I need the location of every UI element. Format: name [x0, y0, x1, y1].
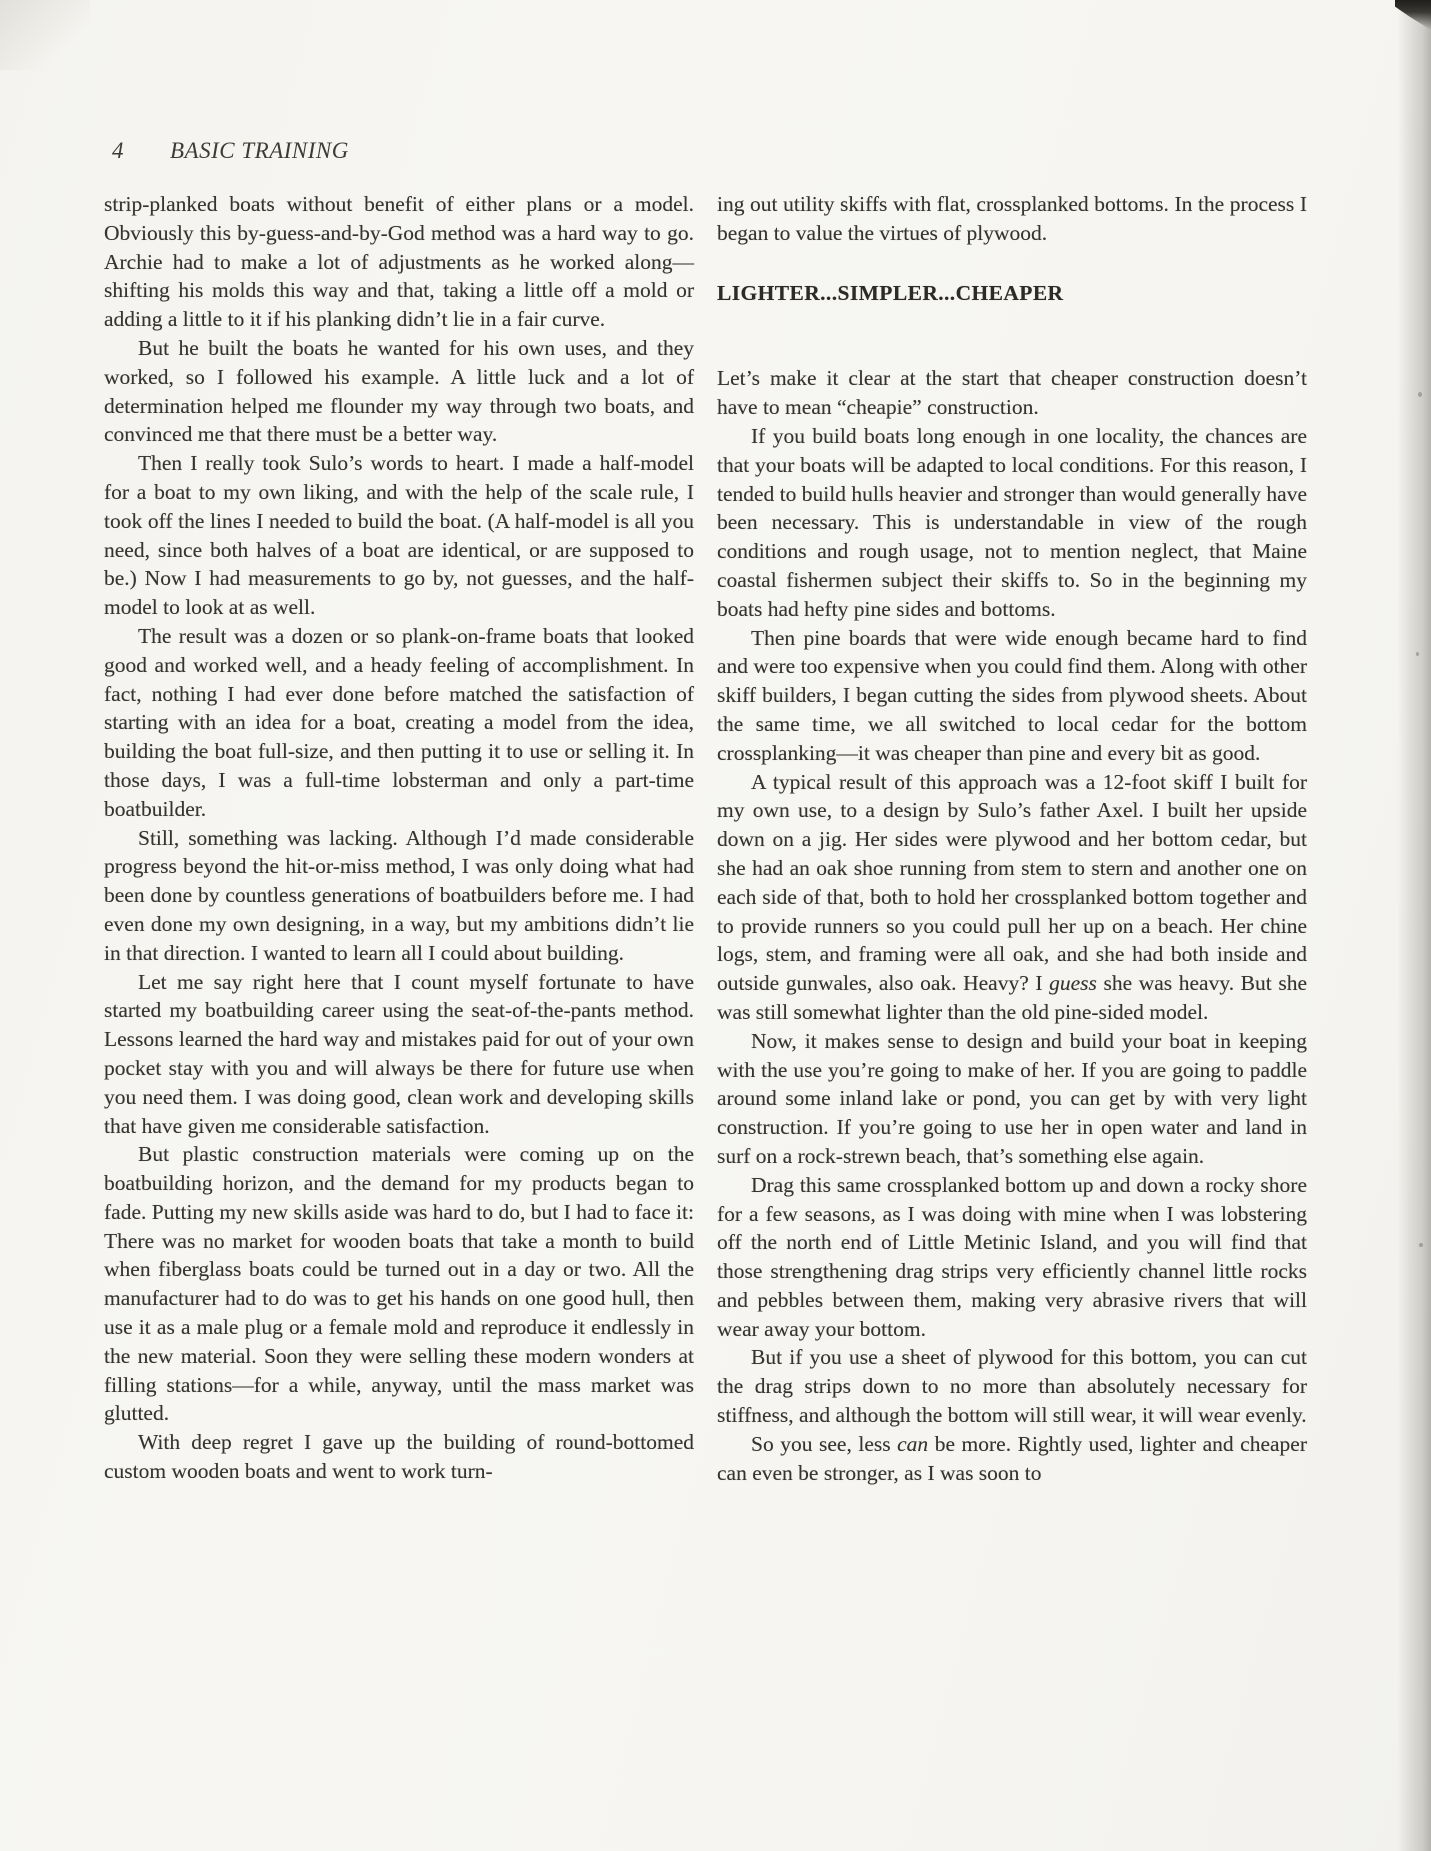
text-run: Let’s make it clear at the start that ch…: [717, 366, 1307, 419]
text-run: Then I really took Sulo’s words to heart…: [104, 451, 694, 619]
section-heading: LIGHTER...SIMPLER...CHEAPER: [717, 279, 1307, 308]
paragraph: Let’s make it clear at the start that ch…: [717, 364, 1307, 422]
right-column-top: ing out utility skiffs with flat, crossp…: [717, 190, 1307, 248]
paragraph: Then pine boards that were wide enough b…: [717, 624, 1307, 768]
running-header: 4BASIC TRAINING: [112, 138, 349, 164]
paragraph: ing out utility skiffs with flat, crossp…: [717, 190, 1307, 248]
paragraph: Still, something was lacking. Although I…: [104, 824, 694, 968]
running-header-title: BASIC TRAINING: [170, 138, 349, 163]
paragraph: But plastic construction materials were …: [104, 1140, 694, 1428]
right-text-column: ing out utility skiffs with flat, crossp…: [717, 190, 1307, 1487]
paragraph: The result was a dozen or so plank-on-fr…: [104, 622, 694, 824]
text-run: Then pine boards that were wide enough b…: [717, 626, 1307, 765]
page-number: 4: [112, 138, 124, 164]
left-text-column: strip-planked boats without benefit of e…: [104, 190, 694, 1486]
text-run: Let me say right here that I count mysel…: [104, 970, 694, 1138]
text-run: Drag this same crossplanked bottom up an…: [717, 1173, 1307, 1341]
italic-text-run: can: [897, 1432, 928, 1456]
paragraph: Then I really took Sulo’s words to heart…: [104, 449, 694, 622]
italic-text-run: guess: [1049, 971, 1097, 995]
scan-corner-fade: [0, 0, 90, 70]
text-run: But plastic construction materials were …: [104, 1142, 694, 1425]
paragraph: strip-planked boats without benefit of e…: [104, 190, 694, 334]
text-run: With deep regret I gave up the building …: [104, 1430, 694, 1483]
paragraph: If you build boats long enough in one lo…: [717, 422, 1307, 624]
text-run: So you see, less: [751, 1432, 897, 1456]
text-run: If you build boats long enough in one lo…: [717, 424, 1307, 621]
scan-speck: [1419, 1243, 1423, 1247]
text-run: strip-planked boats without benefit of e…: [104, 192, 694, 331]
text-run: The result was a dozen or so plank-on-fr…: [104, 624, 694, 821]
text-run: A typical result of this approach was a …: [717, 770, 1307, 996]
paragraph: Drag this same crossplanked bottom up an…: [717, 1171, 1307, 1344]
paragraph: But if you use a sheet of plywood for th…: [717, 1343, 1307, 1429]
text-run: Still, something was lacking. Although I…: [104, 826, 694, 965]
paragraph: So you see, less can be more. Rightly us…: [717, 1430, 1307, 1488]
paragraph: Let me say right here that I count mysel…: [104, 968, 694, 1141]
paragraph: But he built the boats he wanted for his…: [104, 334, 694, 449]
paragraph: A typical result of this approach was a …: [717, 768, 1307, 1027]
paragraph: Now, it makes sense to design and build …: [717, 1027, 1307, 1171]
text-run: ing out utility skiffs with flat, crossp…: [717, 192, 1307, 245]
scan-speck: [1416, 652, 1419, 656]
right-column-bottom: Let’s make it clear at the start that ch…: [717, 364, 1307, 1487]
scan-speck: [1418, 392, 1422, 397]
scan-edge-shadow: [1397, 0, 1431, 1851]
text-run: Now, it makes sense to design and build …: [717, 1029, 1307, 1168]
text-run: But he built the boats he wanted for his…: [104, 336, 694, 446]
paragraph: With deep regret I gave up the building …: [104, 1428, 694, 1486]
text-run: But if you use a sheet of plywood for th…: [717, 1345, 1307, 1427]
scanned-book-page: 4BASIC TRAINING strip-planked boats with…: [0, 0, 1431, 1851]
